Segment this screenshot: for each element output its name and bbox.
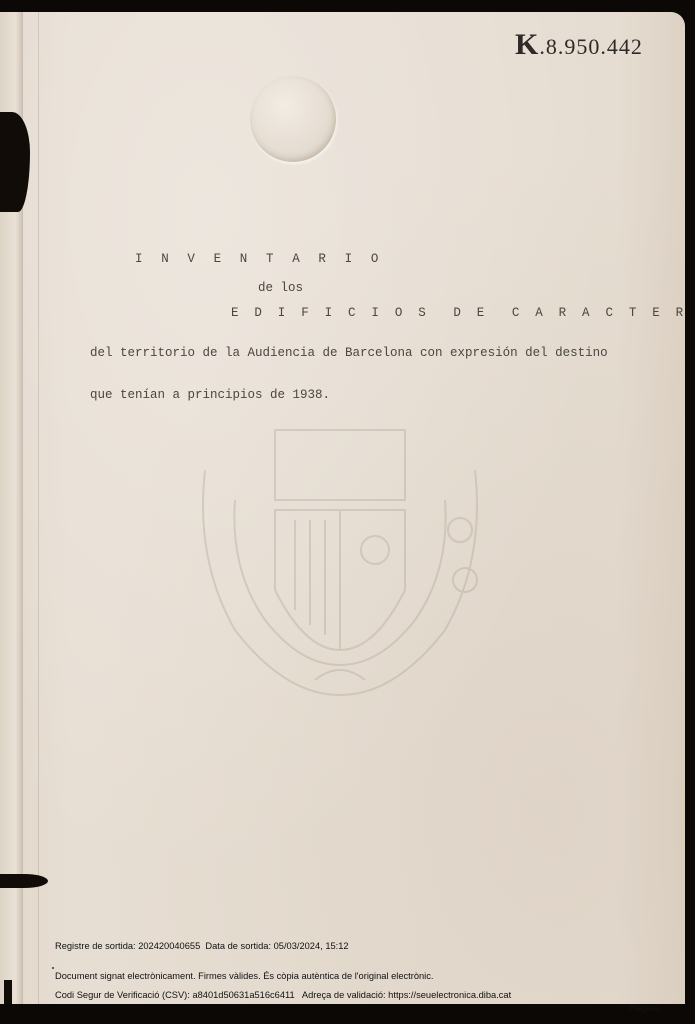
body-line: del territorio de la Audiencia de Barcel… [90, 346, 608, 360]
marker-dot [52, 967, 54, 969]
register-info: Registre de sortida: 202420040655 Data d… [55, 941, 349, 951]
archive-number-prefix: K [515, 28, 539, 61]
archive-number-digits: .8.950.442 [539, 34, 643, 59]
signature-notice: Document signat electrònicament. Firmes … [55, 971, 433, 981]
document-heading: E D I F I C I O S D E C A R A C T E R R … [231, 306, 695, 320]
embossed-seal-icon [250, 76, 336, 162]
verification-code: Codi Segur de Verificació (CSV): a8401d5… [55, 990, 511, 1000]
archive-number: K.8.950.442 [515, 28, 643, 62]
body-line: que tenían a principios de 1938. [90, 388, 330, 402]
paper-tear [0, 874, 48, 888]
document-subtitle: de los [258, 281, 303, 295]
page-label: Pàgina [629, 1003, 669, 1013]
document-title: I N V E N T A R I O [135, 252, 384, 266]
scan-background [0, 1004, 695, 1024]
coat-of-arms-watermark-icon [175, 410, 505, 700]
paper-tear [0, 112, 30, 212]
